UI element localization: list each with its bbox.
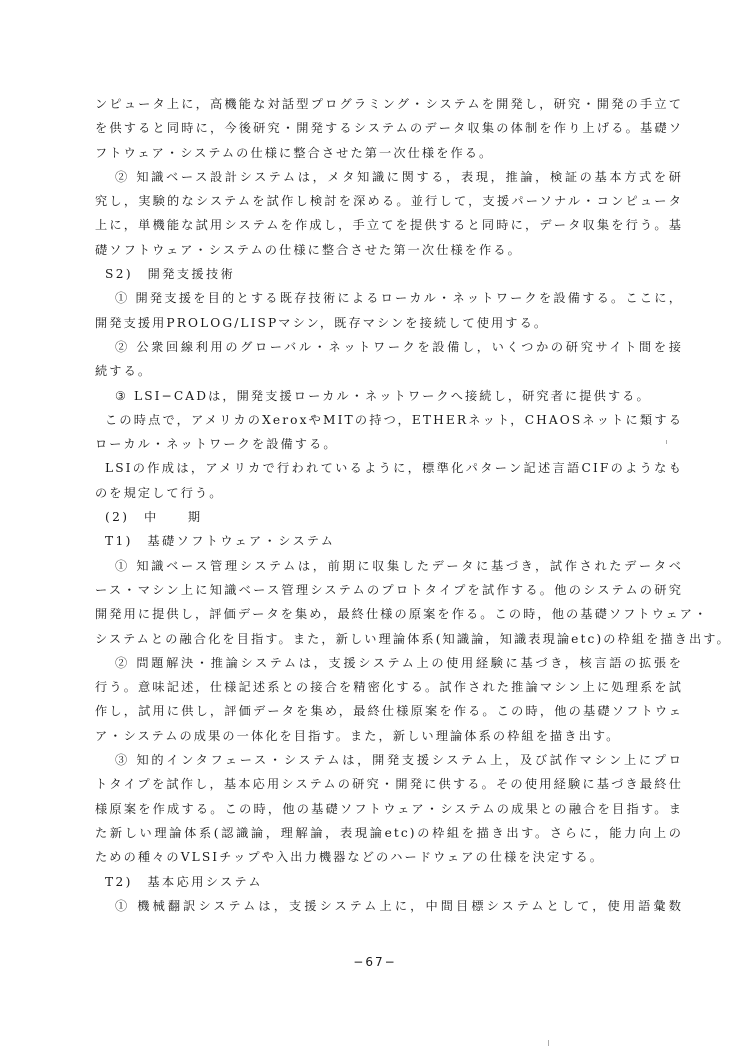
text-line: た新しい理論体系(認識論，理解論，表現論etc)の枠組を描き出す。さらに，能力向… bbox=[95, 821, 683, 845]
text-line: ア・システムの成果の一体化を目指す。また，新しい理論体系の枠組を描き出す。 bbox=[95, 724, 683, 748]
text-line: 続する。 bbox=[95, 359, 683, 383]
document-body: ンピュータ上に，高機能な対話型プログラミング・システムを開発し，研究・開発の手立… bbox=[95, 92, 683, 918]
text-line: LSIの作成は，アメリカで行われているように，標準化パターン記述言語CIFのよう… bbox=[95, 456, 683, 480]
text-line: ③ 知的インタフェース・システムは，開発支援システム上，及び試作マシン上にプロ bbox=[95, 748, 683, 772]
text-line: のを規定して行う。 bbox=[95, 481, 683, 505]
text-line: 開発用に提供し，評価データを集め，最終仕様の原案を作る。この時，他の基礎ソフトウ… bbox=[95, 602, 683, 626]
text-line: ② 知識ベース設計システムは，メタ知識に関する，表現，推論，検証の基本方式を研 bbox=[95, 165, 683, 189]
text-line: ② 問題解決・推論システムは，支援システム上の使用経験に基づき，核言語の拡張を bbox=[95, 651, 683, 675]
text-line: 作し，試用に供し，評価データを集め，最終仕様原案を作る。この時，他の基礎ソフトウ… bbox=[95, 699, 683, 723]
text-line: ① 開発支援を目的とする既存技術によるローカル・ネットワークを設備する。ここに， bbox=[95, 286, 683, 310]
text-line: ② 公衆回線利用のグローバル・ネットワークを設備し，いくつかの研究サイト間を接 bbox=[95, 335, 683, 359]
text-line: 行う。意味記述，仕様記述系との接合を精密化する。試作された推論マシン上に処理系を… bbox=[95, 675, 683, 699]
text-line: フトウェア・システムの仕様に整合させた第一次仕様を作る。 bbox=[95, 141, 683, 165]
scan-speck bbox=[548, 1040, 549, 1046]
text-line: 上に，単機能な試用システムを作成し，手立てを提供すると同時に，データ収集を行う。… bbox=[95, 213, 683, 237]
text-line: を供すると同時に，今後研究・開発するシステムのデータ収集の体制を作り上げる。基礎… bbox=[95, 116, 683, 140]
text-line: 究し，実験的なシステムを試作し検討を深める。並行して，支援パーソナル・コンピュー… bbox=[95, 189, 683, 213]
section-heading: (2) 中 期 bbox=[95, 505, 683, 529]
section-heading: T2) 基本応用システム bbox=[95, 870, 683, 894]
text-line: ース・マシン上に知識ベース管理システムのプロトタイプを試作する。他のシステムの研… bbox=[95, 578, 683, 602]
section-heading: T1) 基礎ソフトウェア・システム bbox=[95, 529, 683, 553]
text-line: ための種々のVLSIチップや入出力機器などのハードウェアの仕様を決定する。 bbox=[95, 845, 683, 869]
scan-speck bbox=[666, 440, 667, 444]
text-line: ③ LSI−CADは，開発支援ローカル・ネットワークへ接続し，研究者に提供する。 bbox=[95, 384, 683, 408]
text-line: ① 知識ベース管理システムは，前期に収集したデータに基づき，試作されたデータベ bbox=[95, 554, 683, 578]
text-line: 礎ソフトウェア・システムの仕様に整合させた第一次仕様を作る。 bbox=[95, 238, 683, 262]
text-line: ① 機械翻訳システムは，支援システム上に，中間目標システムとして，使用語彙数 bbox=[95, 894, 683, 918]
text-line: システムとの融合化を目指す。また，新しい理論体系(知識論，知識表現論etc)の枠… bbox=[95, 627, 683, 651]
page-number: −67− bbox=[0, 955, 750, 969]
section-heading: S2) 開発支援技術 bbox=[95, 262, 683, 286]
text-line: 様原案を作成する。この時，他の基礎ソフトウェア・システムの成果との融合を目指す。… bbox=[95, 797, 683, 821]
text-line: 開発支援用PROLOG/LISPマシン，既存マシンを接続して使用する。 bbox=[95, 311, 683, 335]
text-line: この時点で，アメリカのXeroxやMITの持つ，ETHERネット，CHAOSネッ… bbox=[95, 408, 683, 432]
text-line: トタイプを試作し，基本応用システムの研究・開発に供する。その使用経験に基づき最終… bbox=[95, 772, 683, 796]
text-line: ローカル・ネットワークを設備する。 bbox=[95, 432, 683, 456]
text-line: ンピュータ上に，高機能な対話型プログラミング・システムを開発し，研究・開発の手立… bbox=[95, 92, 683, 116]
